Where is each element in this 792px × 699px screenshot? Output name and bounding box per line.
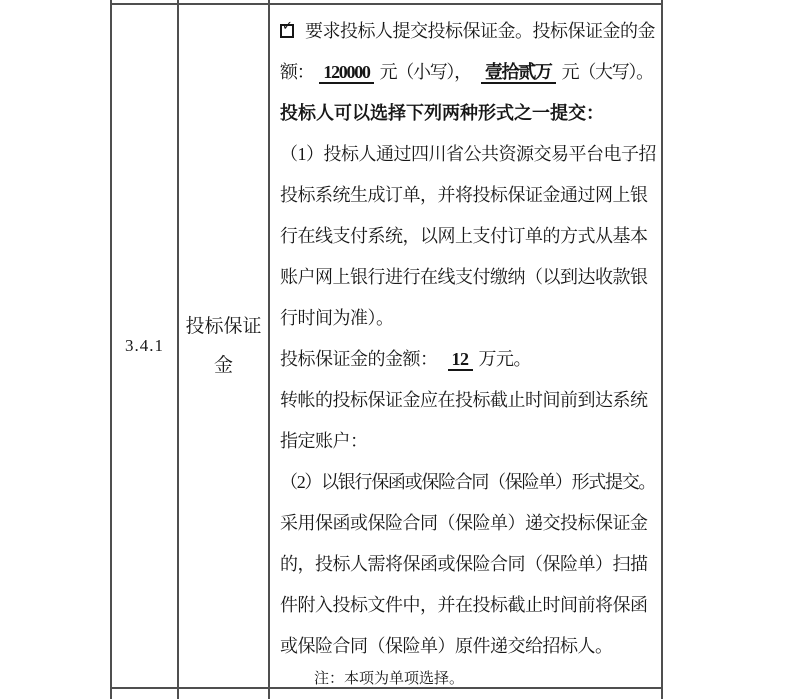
option2-line: （2）以银行保函或保险合同（保险单）形式提交。: [280, 462, 656, 503]
checked-checkbox-icon: ✓: [280, 24, 294, 38]
option1-line: 行时间为准）。: [280, 298, 656, 339]
deposit-amount-value: 12: [448, 349, 473, 371]
check-mark: ✓: [282, 20, 293, 34]
note-line: 注：本项为单项选择。: [280, 667, 656, 691]
deposit-amount-prefix: 投标保证金的金额：: [280, 349, 438, 369]
document-page: 3.4.1 投标保证 金 ✓要求投标人提交投标保证金。投标保证金的金 额：120…: [0, 0, 792, 699]
option2-line: 件附入投标文件中，并在投标截止时间前将保函: [280, 585, 656, 626]
option1-line: （1）投标人通过四川省公共资源交易平台电子招: [280, 134, 656, 175]
row-label-line: 金: [214, 346, 233, 385]
option1-line: 账户网上银行进行在线支付缴纳（以到达收款银: [280, 257, 656, 298]
amount-suffix: 元（大写）。: [562, 62, 653, 82]
amount-prefix: 额：: [280, 62, 313, 82]
option2-line: 采用保函或保险合同（保险单）递交投标保证金: [280, 503, 656, 544]
row-content-cell: ✓要求投标人提交投标保证金。投标保证金的金 额：120000元（小写），壹拾贰万…: [270, 5, 661, 687]
transfer-note-line: 转帐的投标保证金应在投标截止时间前到达系统: [280, 380, 656, 421]
amount-capital-value: 壹拾贰万: [481, 62, 556, 84]
option1-line: 投标系统生成订单，并将投标保证金通过网上银: [280, 175, 656, 216]
row-label-cell: 投标保证 金: [179, 5, 268, 687]
deposit-amount-line: 投标保证金的金额：12万元。: [280, 339, 656, 380]
submission-options-heading: 投标人可以选择下列两种形式之一提交：: [280, 93, 656, 134]
deposit-amount-suffix: 万元。: [479, 349, 532, 369]
table-border-right: [661, 0, 663, 699]
amount-numeric-value: 120000: [319, 62, 373, 84]
row-label-line: 投标保证: [185, 307, 261, 346]
row-id-cell: 3.4.1: [112, 5, 177, 687]
amount-line: 额：120000元（小写），壹拾贰万元（大写）。: [280, 52, 656, 93]
clause-number: 3.4.1: [125, 336, 164, 356]
requirement-text: 要求投标人提交投标保证金。投标保证金的金: [305, 21, 655, 41]
amount-mid-text: 元（小写），: [380, 62, 471, 82]
option2-line: 或保险合同（保险单）原件递交给招标人。: [280, 626, 656, 667]
option2-line: 的，投标人需将保函或保险合同（保险单）扫描: [280, 544, 656, 585]
transfer-note-line: 指定账户：: [280, 421, 656, 462]
requirement-line: ✓要求投标人提交投标保证金。投标保证金的金: [280, 11, 656, 52]
option1-line: 行在线支付系统，以网上支付订单的方式从基本: [280, 216, 656, 257]
